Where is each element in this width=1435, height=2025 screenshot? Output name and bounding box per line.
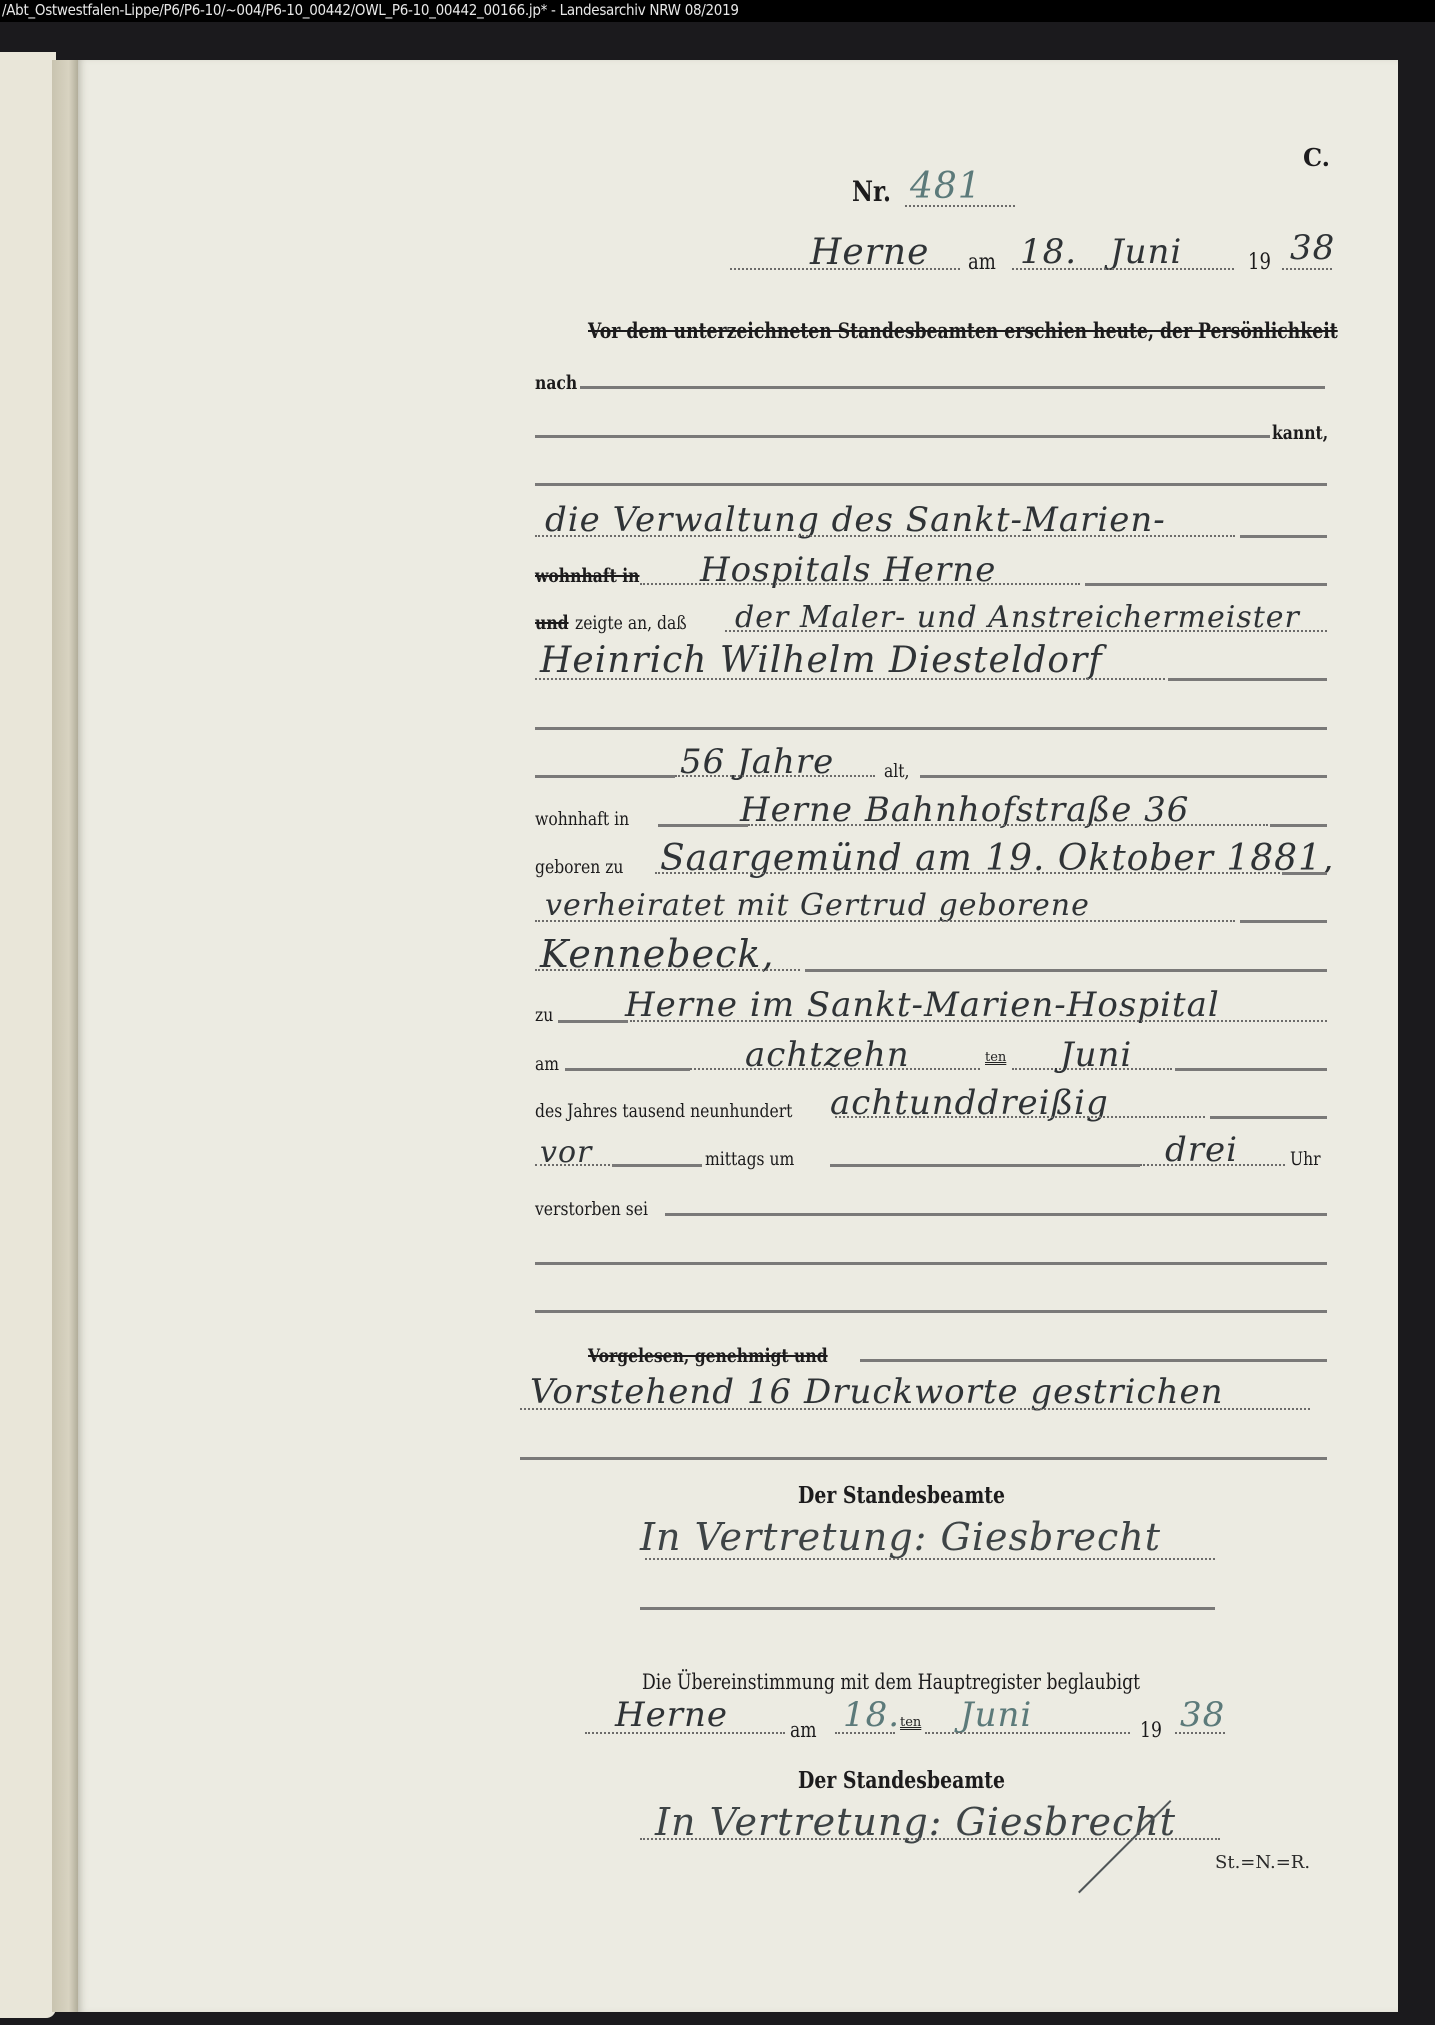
preamble-struck: Vor dem unterzeichneten Standesbeamten e… xyxy=(588,318,1338,343)
blank-line-4 xyxy=(535,1310,1327,1313)
form-code: St.=N.=R. xyxy=(1215,1852,1310,1873)
certification-year-suffix: 38 xyxy=(1180,1695,1225,1735)
closing-note: Vorstehend 16 Druckworte gestrichen xyxy=(530,1372,1224,1412)
informant-line1: die Verwaltung des Sankt-Marien- xyxy=(545,500,1166,540)
blank-line-5 xyxy=(520,1457,1327,1460)
age-line-left xyxy=(535,775,675,778)
date-month: Juni xyxy=(1110,232,1182,272)
year-suffix: 38 xyxy=(1290,228,1335,268)
married-line-dotted xyxy=(535,920,1235,922)
verstorben-line xyxy=(665,1213,1327,1216)
signature1-text: In Vertretung: Giesbrecht xyxy=(640,1515,1161,1559)
informant-line2-solid xyxy=(1085,583,1327,586)
am-label: am xyxy=(968,250,996,275)
death-date-line-solid xyxy=(565,1068,690,1071)
kannt-label: kannt, xyxy=(1272,422,1328,444)
year-prefix: 19 xyxy=(1248,250,1271,275)
age-line-dotted xyxy=(675,775,875,777)
verstorben-label: verstorben sei xyxy=(535,1198,648,1220)
mittags-label: mittags um xyxy=(705,1148,794,1170)
date-line xyxy=(1012,268,1234,270)
certification-month: Juni xyxy=(960,1695,1032,1735)
informant-line1-dotted xyxy=(535,535,1235,537)
deceased-name-solid xyxy=(1168,678,1327,681)
nach-label: nach xyxy=(535,372,577,394)
spouse-line-dotted xyxy=(535,969,800,971)
certification-statement: Die Übereinstimmung mit dem Hauptregiste… xyxy=(642,1670,1140,1694)
closing-note-line xyxy=(520,1408,1310,1410)
corner-mark: C. xyxy=(1303,143,1330,172)
death-month-line-solid xyxy=(1175,1068,1327,1071)
left-facing-page xyxy=(0,52,56,2018)
death-am-label: am xyxy=(535,1053,559,1075)
deceased-name-dotted xyxy=(535,678,1165,680)
nach-line xyxy=(580,386,1325,389)
spouse-line-solid xyxy=(805,969,1327,972)
death-year-label: des Jahres tausend neunhundert xyxy=(535,1100,792,1122)
certification-am-label: am xyxy=(790,1718,817,1742)
deceased-married: verheiratet mit Gertrud geborene xyxy=(545,888,1090,923)
signature1-line xyxy=(645,1558,1215,1560)
hour-line-dotted xyxy=(1140,1164,1285,1166)
certification-day: 18. xyxy=(843,1695,900,1735)
uhr-label: Uhr xyxy=(1290,1148,1321,1170)
geboren-label: geboren zu xyxy=(535,856,623,878)
birth-line-dotted xyxy=(655,872,1280,874)
death-place-line-solid xyxy=(558,1020,628,1023)
signature1-title: Der Standesbeamte xyxy=(798,1482,1005,1509)
informant-wohnhaft-label: wohnhaft in xyxy=(535,565,639,587)
date-day: 18. xyxy=(1020,232,1077,272)
certification-year-prefix: 19 xyxy=(1140,1718,1162,1742)
residence-line-end xyxy=(1270,824,1327,827)
blank-line-3 xyxy=(535,1262,1327,1265)
death-month: Juni xyxy=(1060,1035,1132,1075)
blank-line-1 xyxy=(535,483,1327,486)
hour-line-solid xyxy=(830,1164,1140,1167)
signature1-line-2 xyxy=(640,1607,1215,1610)
vor-line-dotted xyxy=(535,1164,610,1166)
number-line xyxy=(905,205,1015,207)
deceased-name: Heinrich Wilhelm Diesteldorf xyxy=(540,640,1103,681)
age-line-right xyxy=(920,775,1327,778)
death-year-line-solid xyxy=(1210,1116,1327,1119)
married-line-end xyxy=(1240,920,1327,923)
place-handwritten: Herne xyxy=(810,232,929,273)
blank-line-2 xyxy=(535,727,1327,730)
residence-line-dotted xyxy=(748,824,1268,826)
certification-month-line xyxy=(925,1732,1130,1734)
death-place-line-dotted xyxy=(630,1020,1327,1022)
death-year-line-dotted xyxy=(835,1116,1205,1118)
alt-label: alt, xyxy=(884,760,909,782)
informant-line3-dotted xyxy=(725,630,1327,632)
record-number: 481 xyxy=(910,166,982,207)
number-label: Nr. xyxy=(852,175,891,208)
death-ten-label: ten xyxy=(985,1050,1006,1065)
informant-line1-solid xyxy=(1240,535,1327,538)
signature2-title: Der Standesbeamte xyxy=(798,1767,1005,1794)
certification-ten-label: ten xyxy=(900,1715,921,1730)
deceased-wohnhaft-label: wohnhaft in xyxy=(535,808,629,830)
closing-line-solid xyxy=(860,1359,1327,1362)
kannt-line xyxy=(535,435,1270,438)
certification-place: Herne xyxy=(615,1695,728,1735)
certification-year-line xyxy=(1175,1732,1225,1734)
death-day-words: achtzehn xyxy=(745,1035,910,1075)
certification-place-line xyxy=(585,1732,785,1734)
birth-line-end xyxy=(1282,872,1327,875)
window-title: /Abt_Ostwestfalen-Lippe/P6/P6-10/~004/P6… xyxy=(2,1,739,19)
certification-day-line xyxy=(835,1732,895,1734)
closing-struck: Vorgelesen, genehmigt und xyxy=(588,1345,828,1367)
und-struck: und xyxy=(535,612,569,634)
death-zu-label: zu xyxy=(535,1004,553,1026)
zeigte-label: zeigte an, daß xyxy=(575,612,687,634)
vor-line-solid xyxy=(612,1164,702,1167)
place-line xyxy=(730,268,960,270)
year-line xyxy=(1282,268,1332,270)
book-gutter xyxy=(52,60,80,2012)
residence-line-solid xyxy=(658,824,748,827)
informant-line2-dotted xyxy=(640,583,1080,585)
death-place: Herne im Sankt-Marien-Hospital xyxy=(625,985,1220,1025)
window-title-bar: /Abt_Ostwestfalen-Lippe/P6/P6-10/~004/P6… xyxy=(0,0,1435,22)
